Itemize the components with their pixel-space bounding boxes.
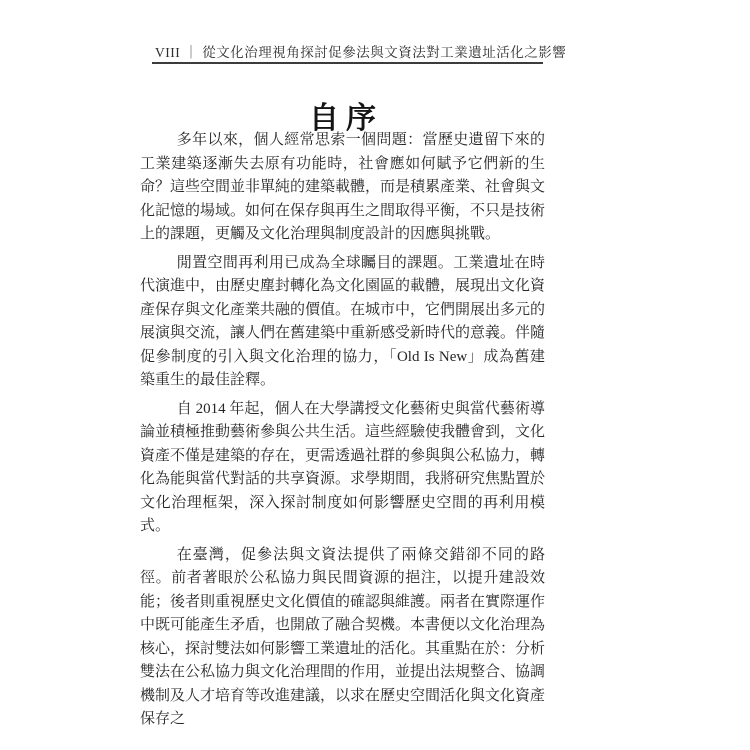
page-number: VIII: [155, 45, 180, 60]
preface-body: 多年以來，個人經常思索一個問題：當歷史遺留下來的工業建築逐漸失去原有功能時，社會…: [140, 129, 545, 737]
header-separator: ｜: [184, 45, 198, 61]
book-title: 從文化治理視角探討促參法與文資法對工業遺址活化之影響: [202, 45, 566, 60]
book-page: VIII｜從文化治理視角探討促參法與文資法對工業遺址活化之影響 自序 多年以來，…: [0, 0, 750, 750]
preface-paragraph: 多年以來，個人經常思索一個問題：當歷史遺留下來的工業建築逐漸失去原有功能時，社會…: [140, 129, 545, 247]
header-divider-rule: [152, 62, 543, 64]
preface-paragraph: 閒置空間再利用已成為全球矚目的課題。工業遺址在時代演進中，由歷史塵封轉化為文化園…: [140, 252, 545, 393]
running-header: VIII｜從文化治理視角探討促參法與文資法對工業遺址活化之影響: [155, 45, 545, 61]
preface-paragraph: 自 2014 年起，個人在大學講授文化藝術史與當代藝術導論並積極推動藝術參與公共…: [140, 398, 545, 539]
preface-paragraph: 在臺灣，促參法與文資法提供了兩條交錯卻不同的路徑。前者著眼於公私協力與民間資源的…: [140, 544, 545, 732]
